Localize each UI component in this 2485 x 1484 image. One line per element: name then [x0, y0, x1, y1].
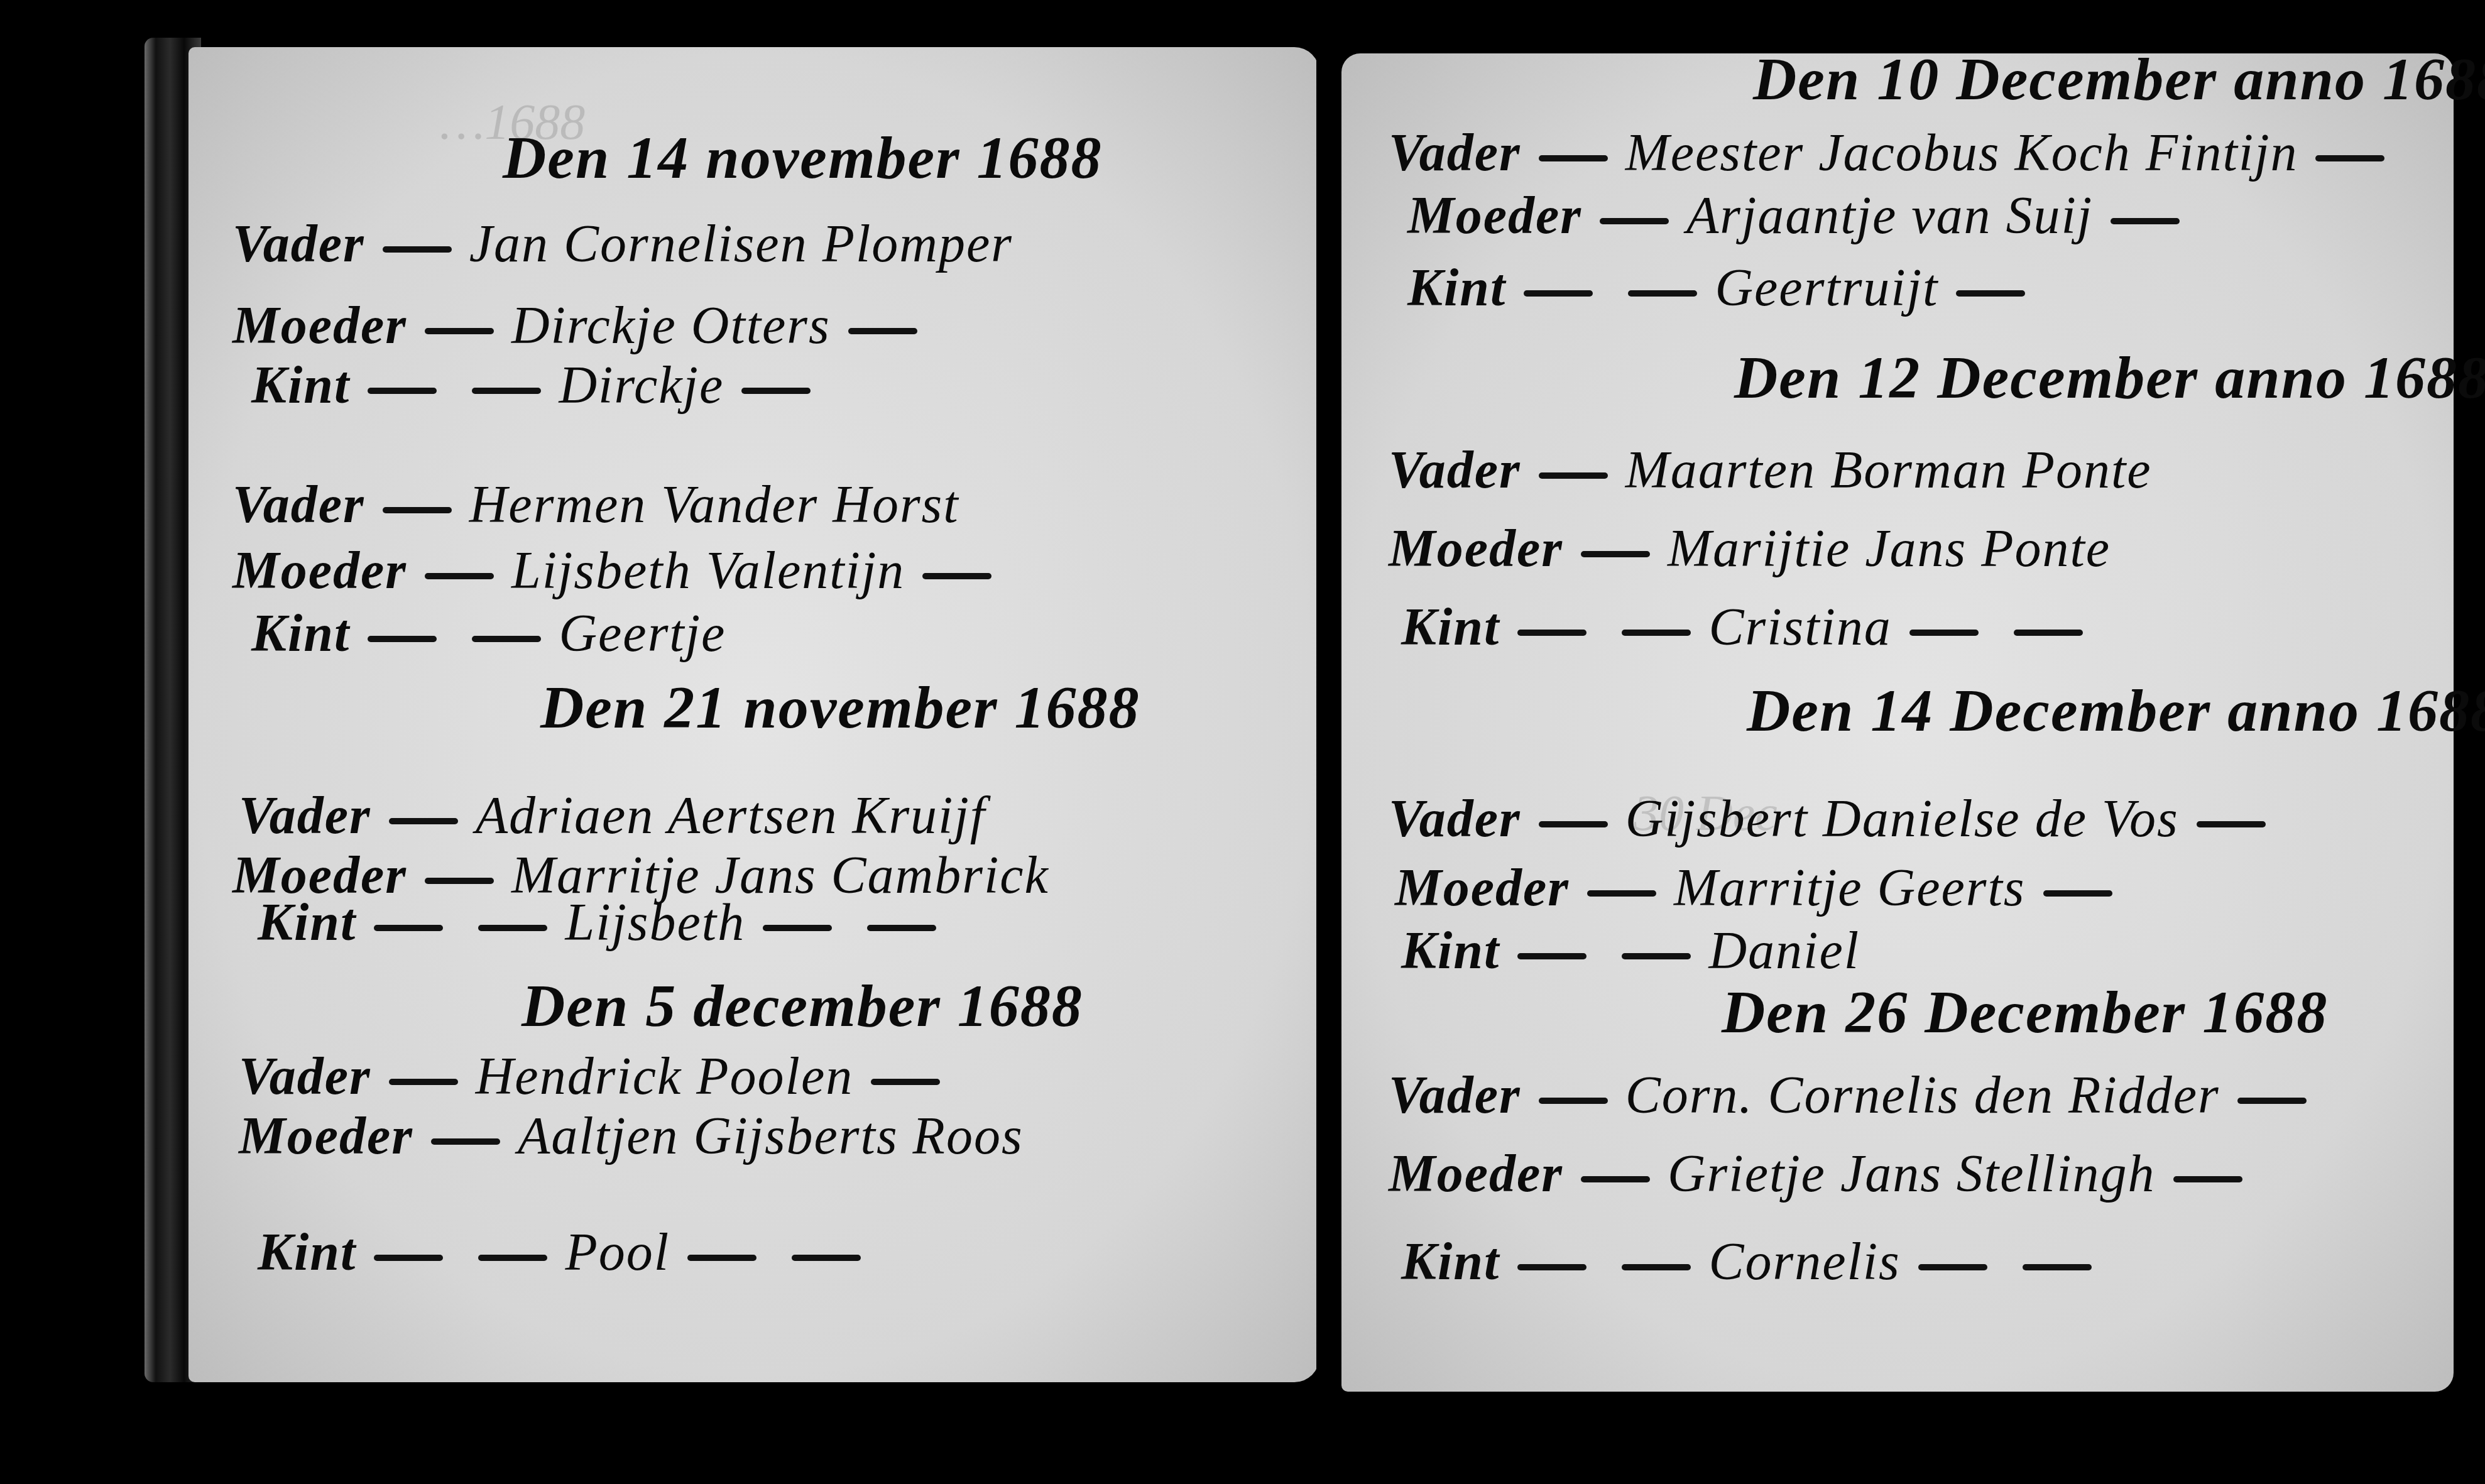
- mother-name: Marijtie Jans Ponte: [1668, 520, 2111, 578]
- child-label: Kint: [1401, 598, 1500, 657]
- child-line: KintLijsbeth: [258, 892, 954, 953]
- child-name: Daniel: [1708, 922, 1860, 980]
- mother-label: Moeder: [1389, 1145, 1563, 1203]
- book-gutter: [1316, 38, 1341, 1395]
- mother-name: Dirckje Otters: [511, 297, 831, 355]
- child-name: Lijsbeth: [565, 893, 745, 952]
- child-name: Pool: [565, 1223, 670, 1282]
- father-name: Meester Jacobus Koch Fintijn: [1625, 124, 2298, 182]
- mother-name: Marritje Geerts: [1674, 859, 2026, 917]
- child-line: KintCristina: [1401, 597, 2100, 658]
- mother-label: Moeder: [1389, 520, 1563, 578]
- child-label: Kint: [1407, 259, 1506, 317]
- mother-label: Moeder: [239, 1107, 413, 1165]
- child-label: Kint: [1401, 922, 1500, 980]
- child-label: Kint: [251, 604, 350, 663]
- entry-date: Den 14 December anno 1688: [1747, 675, 2485, 745]
- mother-label: Moeder: [232, 542, 407, 600]
- mother-name: Grietje Jans Stellingh: [1668, 1145, 2156, 1203]
- child-name: Geertje: [559, 604, 726, 663]
- child-label: Kint: [1401, 1233, 1500, 1291]
- child-name: Dirckje: [559, 356, 724, 415]
- child-name: Cornelis: [1708, 1233, 1900, 1291]
- child-name: Cristina: [1708, 598, 1891, 657]
- mother-line: MoederMarijtie Jans Ponte: [1389, 518, 2111, 579]
- father-line: VaderMeester Jacobus Koch Fintijn: [1389, 123, 2402, 183]
- father-line: VaderGijsbert Danielse de Vos: [1389, 788, 2283, 849]
- father-line: VaderHermen Vander Horst: [232, 474, 959, 535]
- father-label: Vader: [1389, 441, 1521, 499]
- father-name: Maarten Borman Ponte: [1625, 441, 2152, 499]
- child-label: Kint: [251, 356, 350, 415]
- father-label: Vader: [239, 1047, 371, 1106]
- mother-line: MoederMarritje Geerts: [1395, 858, 2130, 919]
- father-name: Jan Cornelisen Plomper: [469, 215, 1013, 273]
- father-line: VaderHendrick Poolen: [239, 1046, 958, 1107]
- mother-name: Arjaantje van Suij: [1686, 187, 2093, 245]
- mother-line: MoederGrietje Jans Stellingh: [1389, 1143, 2260, 1204]
- father-line: VaderJan Cornelisen Plomper: [232, 214, 1013, 275]
- father-label: Vader: [1389, 124, 1521, 182]
- father-label: Vader: [1389, 790, 1521, 848]
- entry-date: Den 21 november 1688: [540, 672, 1140, 742]
- entry-date: Den 26 December 1688: [1722, 977, 2328, 1047]
- child-line: KintDirckje: [251, 355, 828, 416]
- mother-line: MoederDirckje Otters: [232, 295, 935, 356]
- mother-line: MoederLijsbeth Valentijn: [232, 540, 1009, 601]
- child-line: KintPool: [258, 1222, 878, 1283]
- child-line: KintDaniel: [1401, 920, 1860, 981]
- child-line: KintGeertruijt: [1407, 258, 2043, 319]
- entry-date: Den 14 november 1688: [503, 123, 1103, 192]
- mother-line: MoederAaltjen Gijsberts Roos: [239, 1106, 1024, 1167]
- mother-label: Moeder: [232, 297, 407, 355]
- mother-line: MoederArjaantje van Suij: [1407, 185, 2197, 246]
- father-label: Vader: [1389, 1066, 1521, 1125]
- father-label: Vader: [232, 476, 365, 534]
- father-label: Vader: [232, 215, 365, 273]
- father-name: Adriaen Aertsen Kruijf: [476, 787, 986, 845]
- entry-date: Den 10 December anno 1688: [1753, 44, 2485, 114]
- child-name: Geertruijt: [1715, 259, 1938, 317]
- mother-label: Moeder: [1407, 187, 1582, 245]
- father-name: Hermen Vander Horst: [469, 476, 959, 534]
- father-name: Gijsbert Danielse de Vos: [1625, 790, 2179, 848]
- father-line: VaderCorn. Cornelis den Ridder: [1389, 1065, 2324, 1126]
- child-line: KintGeertje: [251, 603, 726, 664]
- child-line: KintCornelis: [1401, 1231, 2109, 1292]
- child-label: Kint: [258, 893, 356, 952]
- mother-label: Moeder: [1395, 859, 1570, 917]
- father-line: VaderMaarten Borman Ponte: [1389, 440, 2152, 501]
- father-name: Hendrick Poolen: [476, 1047, 853, 1106]
- mother-name: Lijsbeth Valentijn: [511, 542, 905, 600]
- father-name: Corn. Cornelis den Ridder: [1625, 1066, 2220, 1125]
- entry-date: Den 5 december 1688: [522, 971, 1083, 1040]
- father-line: VaderAdriaen Aertsen Kruijf: [239, 785, 986, 846]
- entry-date: Den 12 December anno 1688: [1734, 342, 2485, 412]
- mother-name: Aaltjen Gijsberts Roos: [518, 1107, 1024, 1165]
- father-label: Vader: [239, 787, 371, 845]
- child-label: Kint: [258, 1223, 356, 1282]
